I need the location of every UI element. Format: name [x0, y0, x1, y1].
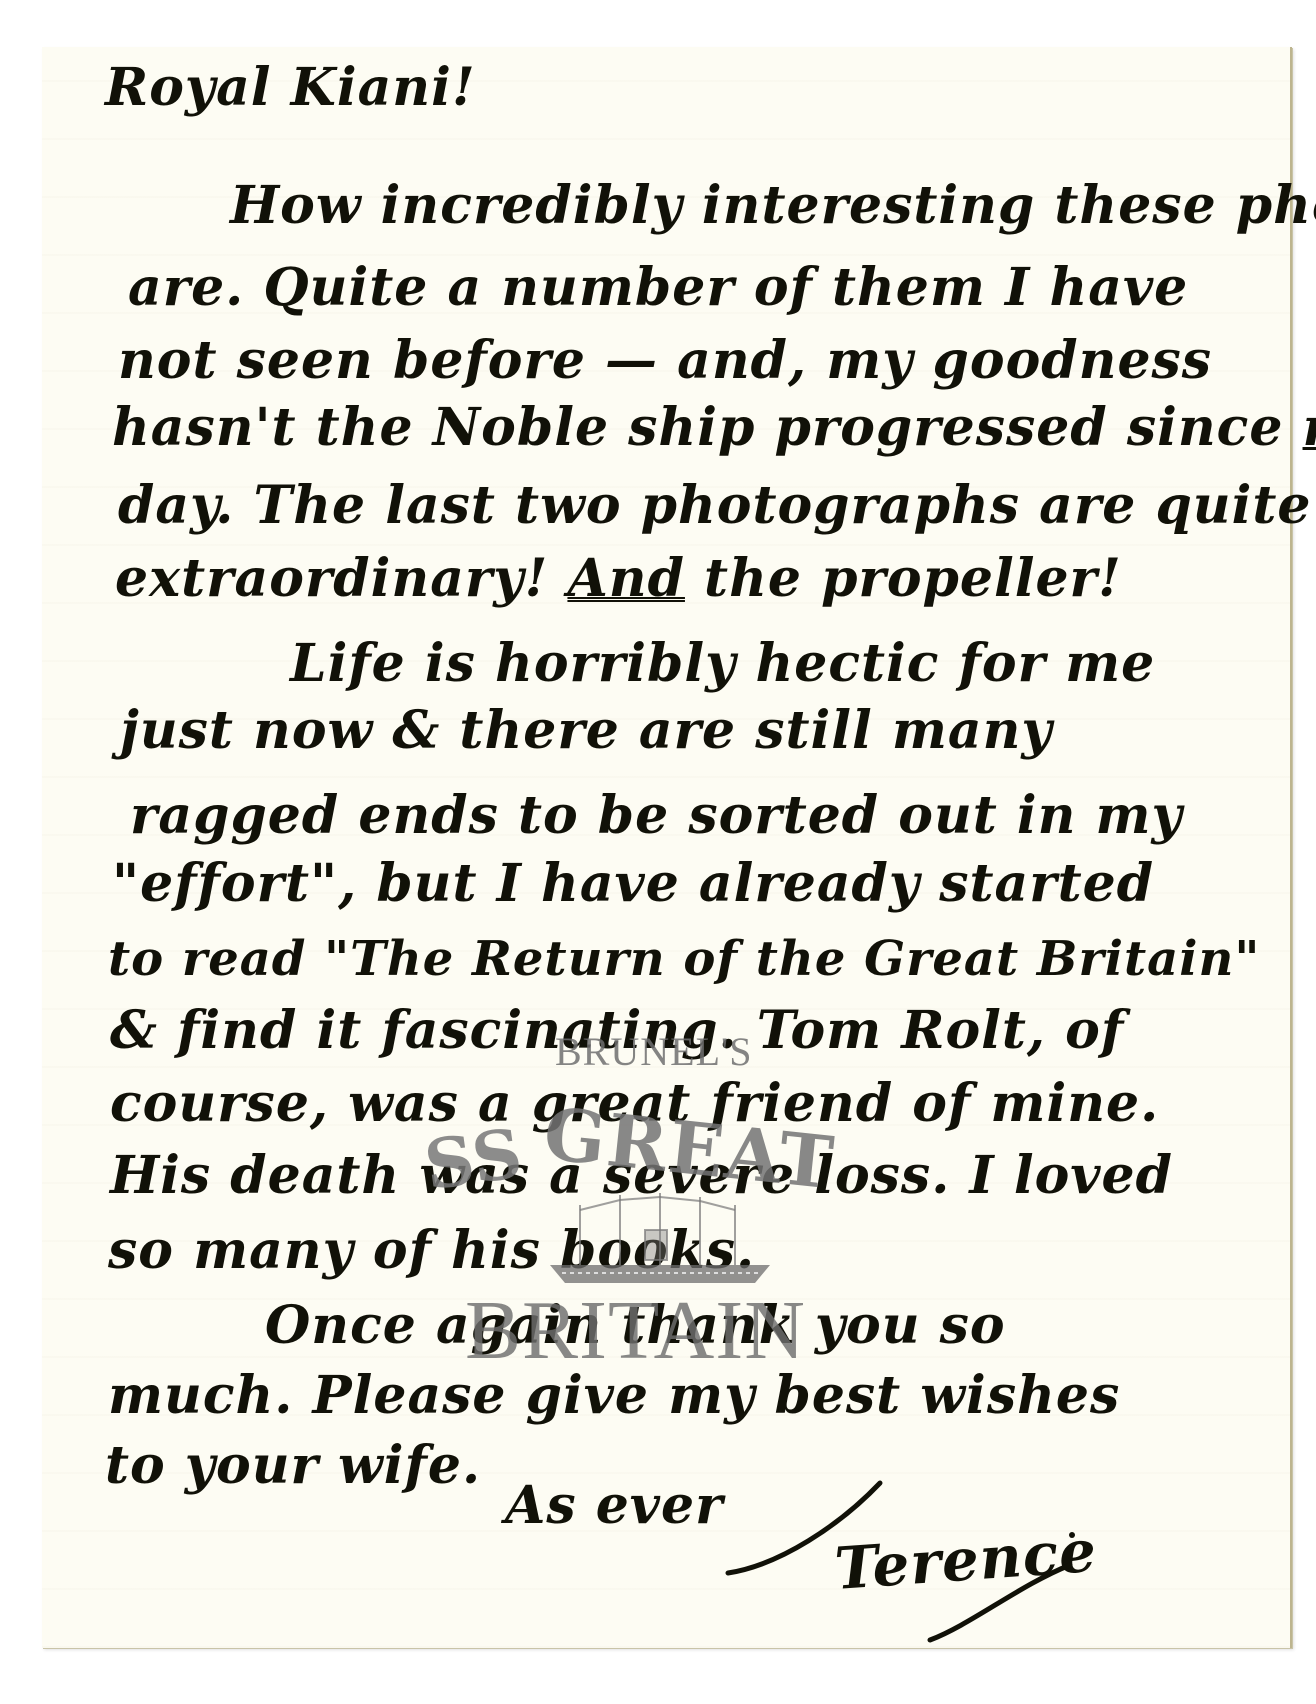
letter-line: hasn't the Noble ship progressed since m… — [112, 402, 1316, 454]
letter-line: Once again thank you so — [265, 1300, 1006, 1352]
letter-line: His death was a severe loss. I loved — [110, 1150, 1173, 1202]
letter-line: & find it fascinating. Tom Rolt, of — [110, 1005, 1124, 1057]
letter-line: Life is horribly hectic for me — [290, 638, 1155, 690]
letter-line: "effort", but I have already started — [112, 858, 1154, 910]
letter-line: How incredibly interesting these photos — [230, 180, 1316, 232]
letter-text: extraordinary! — [115, 548, 567, 609]
letter-line: so many of his books. — [108, 1225, 755, 1277]
closing: As ever — [505, 1480, 724, 1532]
letter-line: just now & there are still many — [120, 705, 1053, 757]
letter-line: extraordinary! And the propeller! — [115, 553, 1122, 605]
letter-line: course, was a great friend of mine. — [110, 1078, 1159, 1130]
salutation: Royal Kiani! — [105, 62, 476, 114]
letter-text: the propeller! — [685, 548, 1122, 609]
letter-line: day. The last two photographs are quite — [118, 480, 1311, 532]
letter-line: are. Quite a number of them I have — [128, 262, 1188, 314]
underlined-word: my — [1303, 397, 1316, 458]
letter-text: hasn't the Noble ship progressed since — [112, 397, 1303, 458]
double-underlined-word: And — [567, 548, 685, 609]
letter-line: to read "The Return of the Great Britain… — [108, 935, 1260, 983]
letter-line: much. Please give my best wishes — [108, 1370, 1120, 1422]
signature-flourish — [700, 1465, 1100, 1645]
letter-line: to your wife. — [105, 1440, 481, 1492]
letter-line: not seen before — and, my goodness — [118, 335, 1212, 387]
letter-line: ragged ends to be sorted out in my — [130, 790, 1183, 842]
